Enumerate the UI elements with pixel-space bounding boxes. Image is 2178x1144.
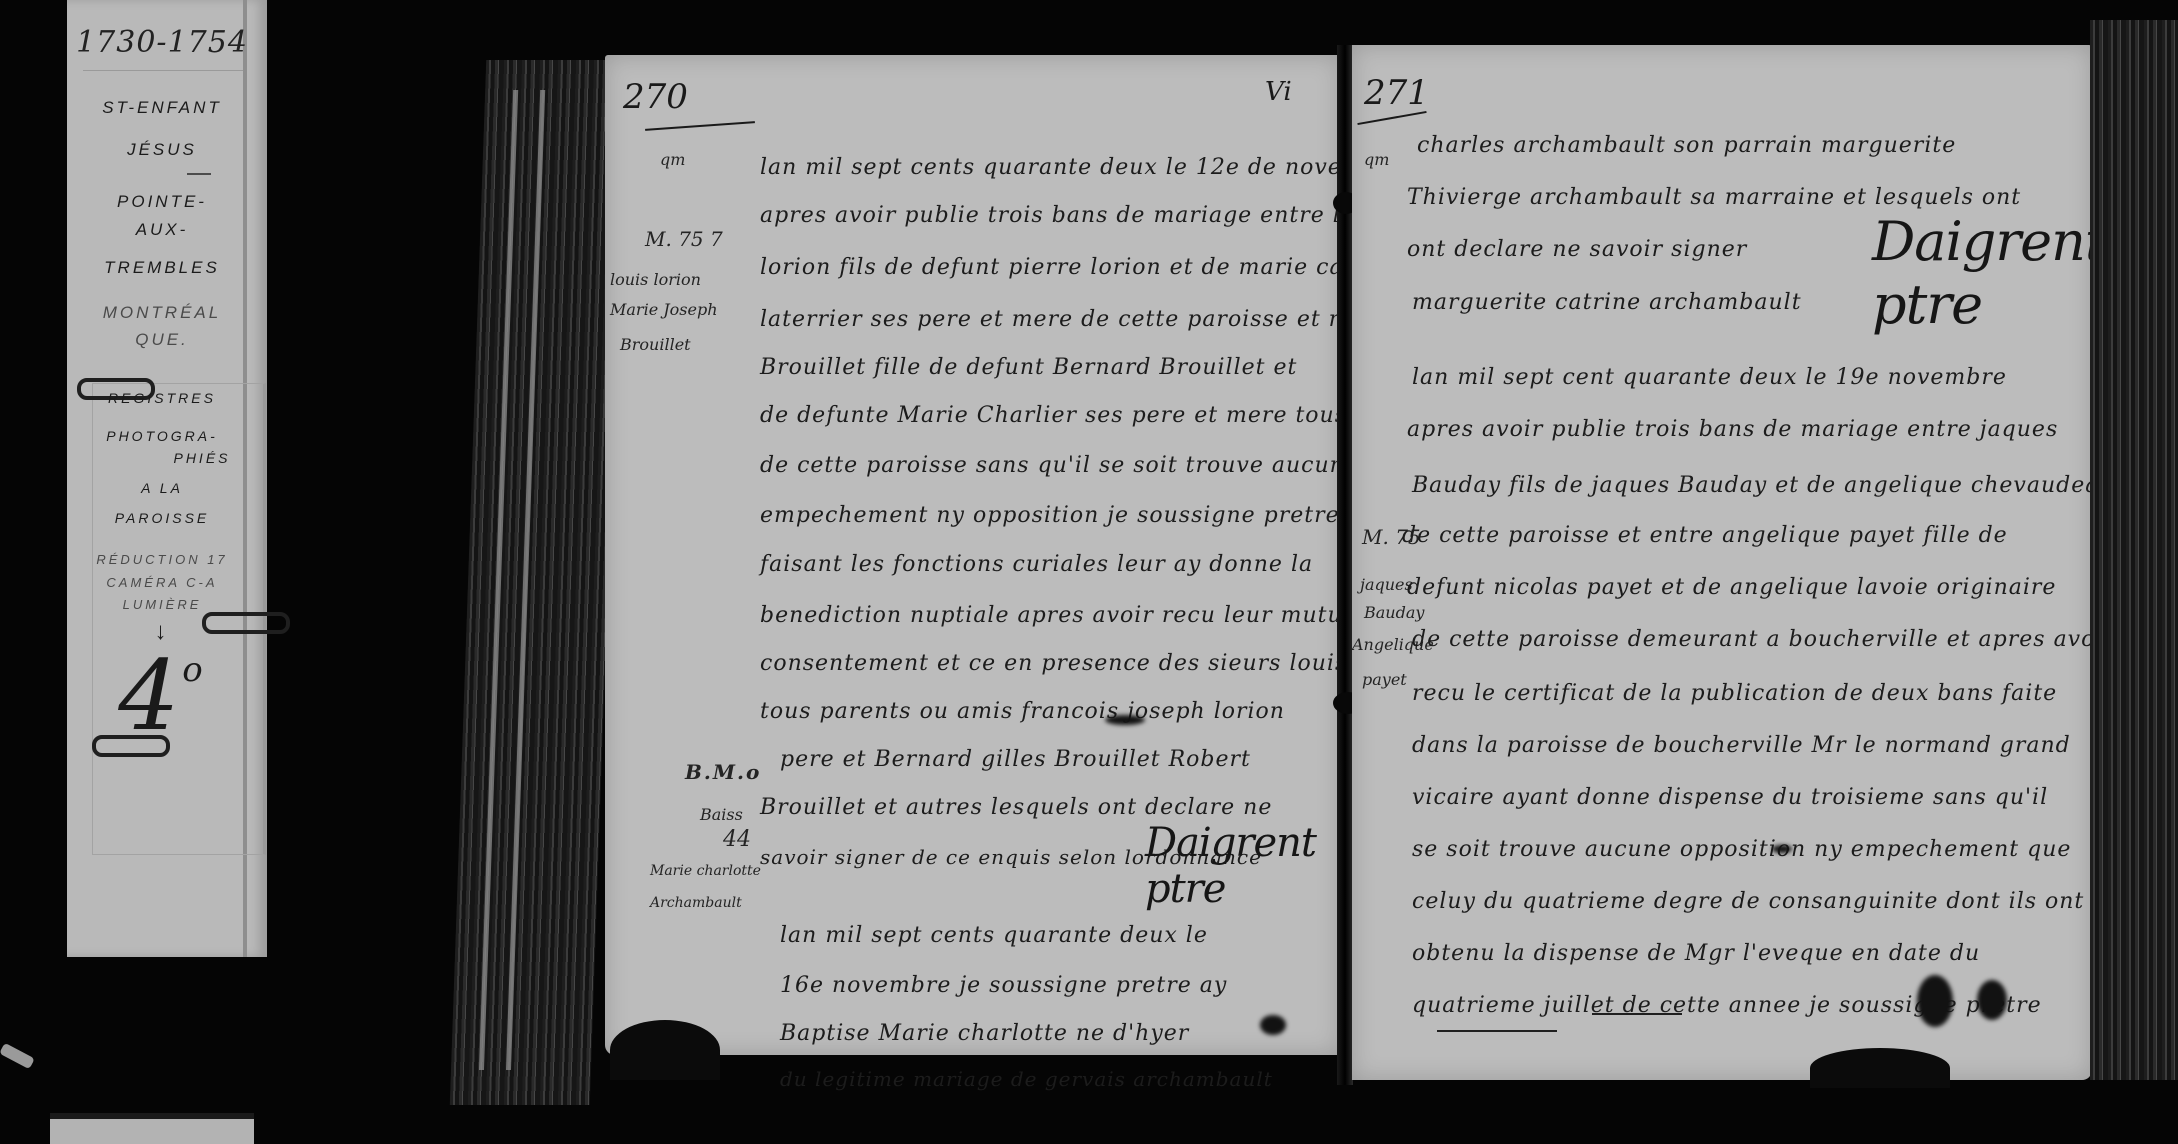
label-note-line-1: REGISTRES [67,390,257,406]
margin-note: Brouillet [620,335,691,354]
margin-note: 44 [723,827,751,852]
text-line: de cette paroisse demeurant a bouchervil… [1412,627,2115,652]
ink-blot [1105,715,1145,725]
page-number: 271 [1364,73,1429,113]
text-line: lan mil sept cents quarante deux le 12e … [760,155,1404,180]
ink-blot [1260,1015,1286,1035]
text-line: Thivierge archambault sa marraine et les… [1407,185,2021,210]
text-line: de cette paroisse sans qu'il se soit tro… [760,453,1345,478]
label-city-line-2: QUE. [67,330,257,350]
right-page: 271 qm M. 75 jaques Bauday Angelique pay… [1352,45,2092,1080]
text-line: Brouillet et autres lesquels ont declare… [760,795,1272,820]
left-page-block-edge [450,60,626,1105]
text-line: faisant les fonctions curiales leur ay d… [760,552,1313,577]
text-line: de defunte Marie Charlier ses pere et me… [760,403,1347,428]
text-line: 16e novembre je soussigne pretre ay [780,973,1227,998]
margin-note: qm [660,150,685,169]
text-line: tous parents ou amis francois joseph lor… [760,699,1285,724]
label-city-line-1: MONTRÉAL [67,303,257,323]
left-page: 270 Vi qm M. 75 7 louis lorion Marie Jos… [605,55,1340,1055]
text-line: Brouillet fille de defunt Bernard Brouil… [760,355,1297,380]
volume-suffix: o [182,650,205,690]
page-number-underline [1357,111,1426,125]
margin-note: payet [1362,670,1407,689]
label-place-line-3: TREMBLES [67,258,257,278]
priest-signature: Daigrent ptre [1872,210,2106,336]
archive-label-strip: 1730-1754 ST-ENFANT JÉSUS POINTE- AUX- T… [67,0,267,957]
text-line: consentement et ce en presence des sieur… [760,651,1347,676]
page-number: 270 [623,77,688,117]
text-line: dans la paroisse de boucherville Mr le n… [1412,733,2071,758]
binding-shadow [610,1020,720,1080]
text-line: recu le certificat de la publication de … [1412,681,2057,706]
margin-note: Archambault [650,895,742,911]
margin-note: qm [1364,150,1389,169]
text-line: empechement ny opposition je soussigne p… [760,503,1340,528]
label-parish-line-1: ST-ENFANT [67,98,257,118]
text-line: vicaire ayant donne dispense du troisiem… [1412,785,2048,810]
text-line: obtenu la dispense de Mgr l'eveque en da… [1412,941,1980,966]
ink-blot [1772,845,1792,853]
text-line: apres avoir publie trois bans de mariage… [1407,417,2058,442]
text-line: lan mil sept cent quarante deux le 19e n… [1412,365,2007,390]
label-note-line-4: A LA [67,480,257,496]
ink-blot [1917,975,1953,1027]
text-line: lorion fils de defunt pierre lorion et d… [760,255,1391,280]
label-note-line-8: LUMIÈRE [67,597,257,612]
label-note-line-5: PAROISSE [67,510,257,526]
priest-signature: Daigrent ptre [1145,820,1340,912]
margin-note-entry-number: M. 75 7 [645,227,723,251]
margin-note: jaques [1360,575,1413,594]
text-line: celuy du quatrieme degre de consanguinit… [1412,889,2084,914]
margin-note: louis lorion [610,270,701,289]
label-note-line-7: CAMÉRA C-A [67,575,257,590]
text-line: defunt nicolas payet et de angelique lav… [1407,575,2056,600]
label-note-line-6: RÉDUCTION 17 [67,552,257,567]
page-number-underline [645,121,755,131]
text-line: apres avoir publie trois bans de mariage… [760,203,1391,228]
text-line: de cette paroisse et entre angelique pay… [1402,523,2008,548]
text-line: Baptise Marie charlotte ne d'hyer [780,1021,1189,1046]
paper-clip-bottom [92,735,170,757]
text-line: ont declare ne savoir signer [1407,237,1747,262]
margin-note: Baiss [700,805,743,824]
text-line: se soit trouve aucune opposition ny empe… [1412,837,2071,862]
closing-rule [1437,1030,1557,1032]
margin-note: Marie charlotte [650,863,761,879]
text-line: charles archambault son parrain margueri… [1417,133,1956,158]
lower-label-fragment [50,1113,254,1144]
text-line: benediction nuptiale apres avoir recu le… [760,603,1365,628]
text-line: marguerite catrine archambault [1412,290,1802,315]
label-divider [187,173,211,175]
text-line: du legitime mariage de gervais archambau… [780,1067,1273,1091]
margin-note: Marie Joseph [610,300,718,319]
label-note-line-2: PHOTOGRA- [67,428,257,444]
label-parish-line-2: JÉSUS [67,140,257,160]
label-note-line-3: PHIÉS [67,450,297,466]
closing-rule [1592,1013,1682,1015]
text-line: pere et Bernard gilles Brouillet Robert [780,747,1251,772]
binding-shadow [1810,1048,1950,1088]
corner-mark: Vi [1265,77,1292,107]
label-place-line-2: AUX- [67,220,257,240]
ink-blot [1977,980,2007,1020]
label-place-line-1: POINTE- [67,192,257,212]
tab-fragment [0,1043,35,1070]
label-years: 1730-1754 [67,25,257,60]
text-line: Bauday fils de jaques Bauday et de angel… [1412,473,2115,498]
text-line: lan mil sept cents quarante deux le [780,923,1208,948]
margin-note: Bauday [1364,603,1424,622]
margin-note-entry-code: B.M.o [685,760,761,784]
right-page-block-edge [2090,20,2178,1080]
